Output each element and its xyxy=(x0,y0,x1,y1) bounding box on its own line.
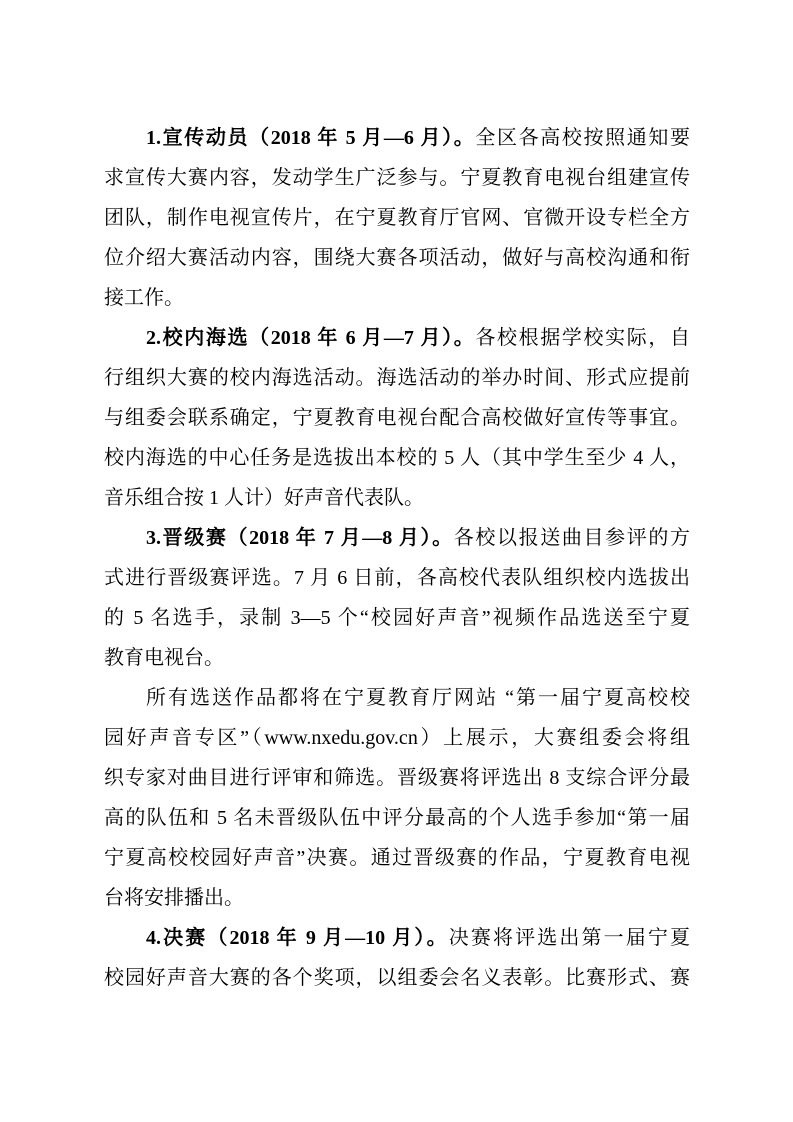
text-run: 园好声音专区”（www.nxedu.gov.cn）上展示，大赛组委会将组 xyxy=(104,727,690,749)
text-run: 所有选送作品都将在宁夏教育厅网站 “第一届宁夏高校校 xyxy=(146,687,690,709)
text-line: 接工作。 xyxy=(104,278,690,318)
text-run-bold: 4.决赛（2018 年 9 月—10 月）。 xyxy=(146,927,449,949)
text-run: 式进行晋级赛评选。7 月 6 日前，各高校代表队组织校内选拔出 xyxy=(104,567,690,589)
text-line: 台将安排播出。 xyxy=(104,878,690,918)
text-line: 所有选送作品都将在宁夏教育厅网站 “第一届宁夏高校校 xyxy=(104,678,690,718)
text-run: 行组织大赛的校内海选活动。海选活动的举办时间、形式应提前 xyxy=(104,367,690,389)
text-line: 3.晋级赛（2018 年 7 月—8 月）。各校以报送曲目参评的方 xyxy=(104,518,690,558)
text-line: 与组委会联系确定，宁夏教育电视台配合高校做好宣传等事宜。 xyxy=(104,398,690,438)
text-run: 台将安排播出。 xyxy=(104,887,244,909)
text-run: 与组委会联系确定，宁夏教育电视台配合高校做好宣传等事宜。 xyxy=(104,407,690,429)
text-line: 式进行晋级赛评选。7 月 6 日前，各高校代表队组织校内选拔出 xyxy=(104,558,690,598)
text-run: 音乐组合按 1 人计）好声音代表队。 xyxy=(104,487,424,509)
text-run: 决赛将评选出第一届宁夏 xyxy=(449,927,690,949)
text-run: 宁夏高校校园好声音”决赛。通过晋级赛的作品，宁夏教育电视 xyxy=(104,847,690,869)
text-run: 求宣传大赛内容，发动学生广泛参与。宁夏教育电视台组建宣传 xyxy=(104,167,690,189)
text-line: 位介绍大赛活动内容，围绕大赛各项活动，做好与高校沟通和衔 xyxy=(104,238,690,278)
text-line: 高的队伍和 5 名未晋级队伍中评分最高的个人选手参加“第一届 xyxy=(104,798,690,838)
text-run: 校内海选的中心任务是选拔出本校的 5 人（其中学生至少 4 人， xyxy=(104,447,690,469)
text-run-bold: 1.宣传动员（2018 年 5 月—6 月）。 xyxy=(146,127,475,149)
text-run: 位介绍大赛活动内容，围绕大赛各项活动，做好与高校沟通和衔 xyxy=(104,247,690,269)
paragraph: 3.晋级赛（2018 年 7 月—8 月）。各校以报送曲目参评的方式进行晋级赛评… xyxy=(104,518,690,678)
text-line: 织专家对曲目进行评审和筛选。晋级赛将评选出 8 支综合评分最 xyxy=(104,758,690,798)
text-line: 4.决赛（2018 年 9 月—10 月）。决赛将评选出第一届宁夏 xyxy=(104,918,690,958)
text-run: 织专家对曲目进行评审和筛选。晋级赛将评选出 8 支综合评分最 xyxy=(104,767,690,789)
paragraph: 所有选送作品都将在宁夏教育厅网站 “第一届宁夏高校校园好声音专区”（www.nx… xyxy=(104,678,690,918)
text-line: 2.校内海选（2018 年 6 月—7 月）。各校根据学校实际，自 xyxy=(104,318,690,358)
text-run: 各校以报送曲目参评的方 xyxy=(454,527,690,549)
text-line: 音乐组合按 1 人计）好声音代表队。 xyxy=(104,478,690,518)
text-line: 求宣传大赛内容，发动学生广泛参与。宁夏教育电视台组建宣传 xyxy=(104,158,690,198)
paragraph: 2.校内海选（2018 年 6 月—7 月）。各校根据学校实际，自行组织大赛的校… xyxy=(104,318,690,518)
paragraph: 4.决赛（2018 年 9 月—10 月）。决赛将评选出第一届宁夏校园好声音大赛… xyxy=(104,918,690,998)
text-line: 团队，制作电视宣传片，在宁夏教育厅官网、官微开设专栏全方 xyxy=(104,198,690,238)
text-run-bold: 3.晋级赛（2018 年 7 月—8 月）。 xyxy=(146,527,454,549)
text-run: 的 5 名选手，录制 3—5 个“校园好声音”视频作品选送至宁夏 xyxy=(104,607,690,629)
text-line: 的 5 名选手，录制 3—5 个“校园好声音”视频作品选送至宁夏 xyxy=(104,598,690,638)
text-line: 宁夏高校校园好声音”决赛。通过晋级赛的作品，宁夏教育电视 xyxy=(104,838,690,878)
text-run: 高的队伍和 5 名未晋级队伍中评分最高的个人选手参加“第一届 xyxy=(104,807,690,829)
text-line: 园好声音专区”（www.nxedu.gov.cn）上展示，大赛组委会将组 xyxy=(104,718,690,758)
text-run: 各校根据学校实际，自 xyxy=(475,327,690,349)
text-run: 教育电视台。 xyxy=(104,647,224,669)
text-line: 1.宣传动员（2018 年 5 月—6 月）。全区各高校按照通知要 xyxy=(104,118,690,158)
text-run-bold: 2.校内海选（2018 年 6 月—7 月）。 xyxy=(146,327,475,349)
text-run: 团队，制作电视宣传片，在宁夏教育厅官网、官微开设专栏全方 xyxy=(104,207,690,229)
document-page: 1.宣传动员（2018 年 5 月—6 月）。全区各高校按照通知要求宣传大赛内容… xyxy=(0,0,793,1122)
text-run: 全区各高校按照通知要 xyxy=(475,127,690,149)
paragraph: 1.宣传动员（2018 年 5 月—6 月）。全区各高校按照通知要求宣传大赛内容… xyxy=(104,118,690,318)
text-line: 校园好声音大赛的各个奖项，以组委会名义表彰。比赛形式、赛 xyxy=(104,958,690,998)
text-line: 教育电视台。 xyxy=(104,638,690,678)
document-body: 1.宣传动员（2018 年 5 月—6 月）。全区各高校按照通知要求宣传大赛内容… xyxy=(104,118,690,998)
text-line: 行组织大赛的校内海选活动。海选活动的举办时间、形式应提前 xyxy=(104,358,690,398)
text-line: 校内海选的中心任务是选拔出本校的 5 人（其中学生至少 4 人， xyxy=(104,438,690,478)
text-run: 校园好声音大赛的各个奖项，以组委会名义表彰。比赛形式、赛 xyxy=(104,967,690,989)
text-run: 接工作。 xyxy=(104,287,184,309)
